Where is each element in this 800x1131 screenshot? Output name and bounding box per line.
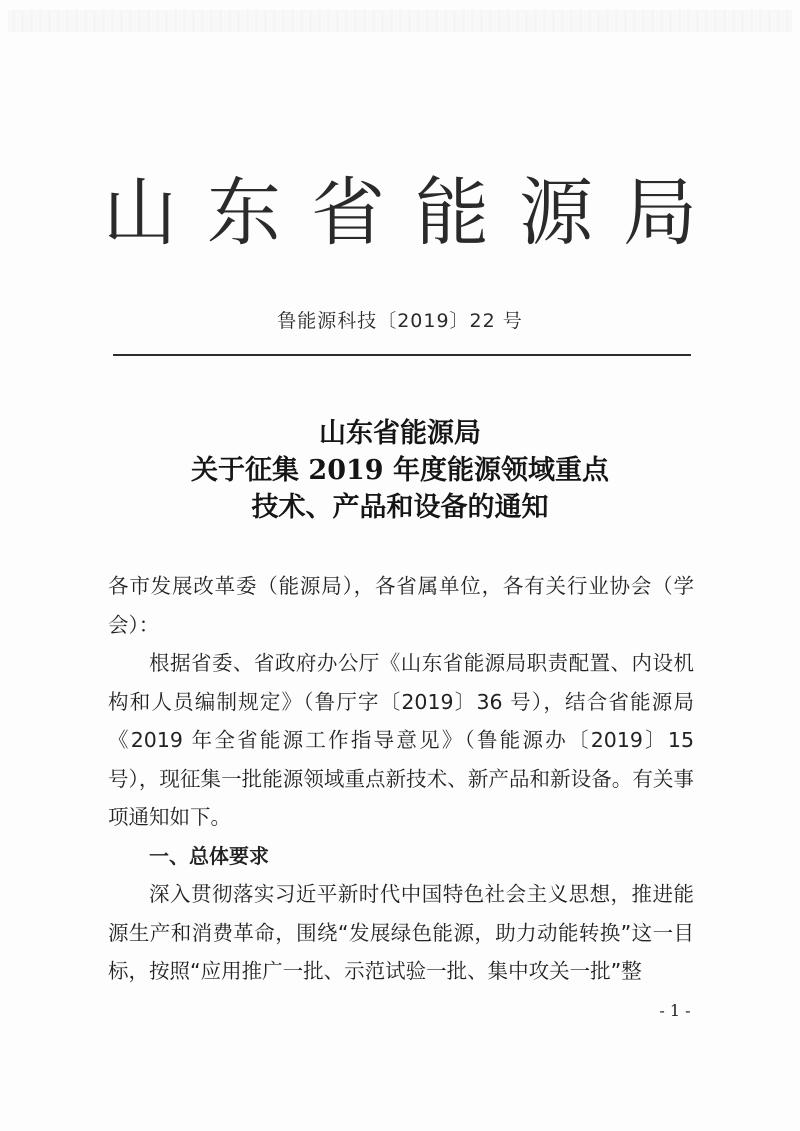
scan-artifact-band — [8, 10, 792, 32]
document-number: 鲁能源科技〔2019〕22 号 — [0, 306, 800, 333]
notice-title: 山东省能源局 关于征集 2019 年度能源领域重点 技术、产品和设备的通知 — [0, 415, 800, 526]
body-paragraph-1: 根据省委、省政府办公厅《山东省能源局职责配置、内设机构和人员编制规定》（鲁厅字〔… — [108, 644, 694, 837]
salutation: 各市发展改革委（能源局），各省属单位，各有关行业协会（学会）： — [108, 567, 694, 644]
letterhead-issuer: 山东省能源局 — [0, 168, 800, 258]
document-page: 山东省能源局 鲁能源科技〔2019〕22 号 山东省能源局 关于征集 2019 … — [0, 0, 800, 1131]
notice-title-line-1: 山东省能源局 — [0, 415, 800, 452]
notice-title-line-2: 关于征集 2019 年度能源领域重点 — [0, 452, 800, 489]
page-number: - 1 - — [640, 1001, 710, 1020]
header-divider — [113, 354, 691, 356]
document-body: 各市发展改革委（能源局），各省属单位，各有关行业协会（学会）： 根据省委、省政府… — [108, 567, 694, 991]
notice-title-line-3: 技术、产品和设备的通知 — [0, 489, 800, 526]
body-paragraph-2: 深入贯彻落实习近平新时代中国特色社会主义思想，推进能源生产和消费革命，围绕“发展… — [108, 875, 694, 991]
section-heading-1: 一、总体要求 — [108, 837, 694, 876]
